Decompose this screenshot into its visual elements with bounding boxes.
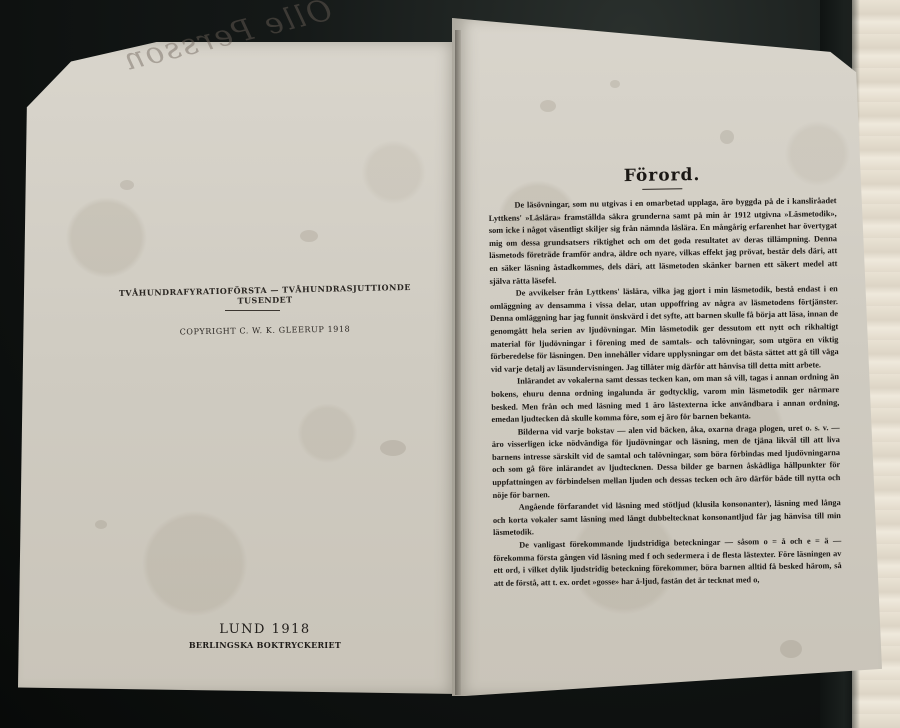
printer-name: BERLINGSKA BOKTRYCKERIET	[175, 640, 355, 650]
book-gutter	[455, 30, 461, 695]
foreword-section: Förord. De läsövningar, som nu utgivas i…	[488, 163, 842, 590]
left-page	[18, 42, 460, 694]
foreword-paragraph: De läsövningar, som nu utgivas i en omar…	[488, 195, 837, 288]
foreword-paragraph: Inlärandet av vokalerna samt dessas teck…	[491, 371, 840, 426]
foreword-title: Förord.	[488, 163, 836, 188]
place-year: LUND 1918	[200, 622, 330, 637]
foreword-paragraph: Bilderna vid varje bokstav — alen vid bä…	[492, 422, 841, 502]
foreword-paragraph: Angående förfarandet vid läsning med stö…	[493, 497, 841, 540]
foreword-paragraph: De avvikelser från Lyttkens' läslära, vi…	[490, 283, 839, 376]
imprint-divider	[225, 310, 280, 311]
title-divider	[642, 188, 682, 190]
foreword-paragraph: De vanligast förekommande ljudstridiga b…	[493, 535, 842, 590]
